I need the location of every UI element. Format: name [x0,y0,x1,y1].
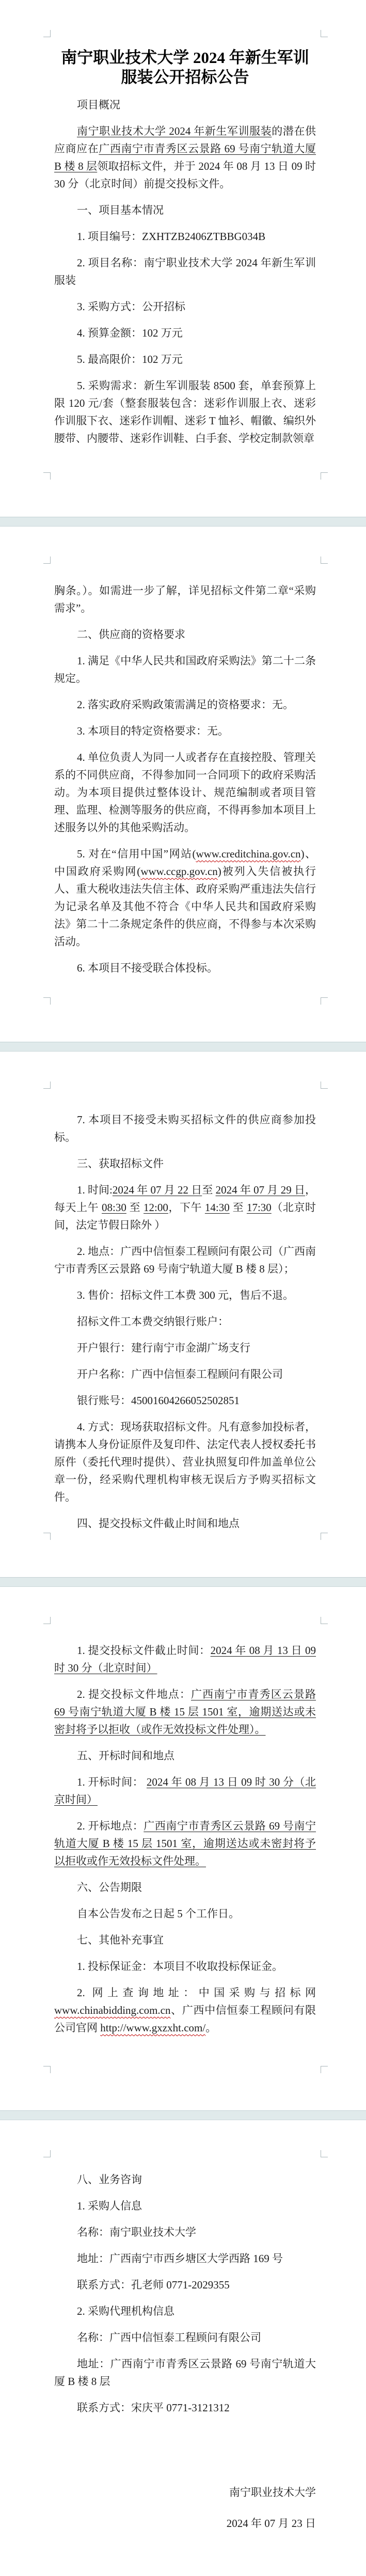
agency-address: 地址：广西南宁市青秀区云景路 69 号南宁轨道大厦 B 楼 8 层 [54,2355,316,2390]
margin-mark-tr [321,30,328,37]
purchaser-contact: 联系方式：孔老师 0771-2029355 [54,2276,316,2294]
margin-mark-tr [321,1082,328,1089]
account-name: 开户名称：广西中信恒泰工程顾问有限公司 [54,1365,316,1383]
bid-bond: 1. 投标保证金：本项目不收取投标保证金。 [54,1958,316,1975]
section-heading: 七、其他补充事宜 [54,1931,316,1949]
text-segment: 2. 落实政府采购政策需满足的资格要求：无。 [77,698,294,711]
text-segment: 5. 采购需求：新生军训服装 8500 套，单套预算上限 120 元/套（整套服… [54,379,316,444]
text-segment: 项目概况 [77,99,120,111]
text-segment: 银行账号：45001604266052502851 [77,1394,240,1407]
qualification-item: 3. 本项目的特定资格要求：无。 [54,722,316,740]
text-segment: 南宁职业技术大学 [229,2486,316,2499]
margin-mark-br [321,472,328,480]
text-segment: 1. 时间: [77,1184,113,1196]
page-5: 八、业务咨询1. 采购人信息名称：南宁职业技术大学地址：广西南宁市西乡塘区大学西… [0,2120,366,2576]
bid-deadline: 1. 提交投标文件截止时间：2024 年 08 月 13 日 09 时 30 分… [54,1642,316,1677]
page-content: 南宁职业技术大学 2024 年新生军训 服装公开招标公告项目概况南宁职业技术大学… [54,0,316,447]
text-segment: 2. 提交投标文件地点： [77,1688,191,1700]
text-segment: 2. 采购代理机构信息 [77,2305,174,2317]
text-segment: )被列入失信被执行人、重大税收违法失信主体、政府采购严重违法失信行为记录名单及其… [54,865,316,948]
margin-mark-bl [43,472,51,480]
bank-account-label: 招标文件工本费交纳银行账户： [54,1313,316,1330]
underlined-text: 2024 年 07 月 22 日 [113,1184,202,1196]
text-segment: 八、业务咨询 [77,2173,142,2186]
page-1: 南宁职业技术大学 2024 年新生军训 服装公开招标公告项目概况南宁职业技术大学… [0,0,366,517]
text-segment: 至 [230,1201,247,1214]
page-content: 八、业务咨询1. 采购人信息名称：南宁职业技术大学地址：广西南宁市西乡塘区大学西… [54,2120,316,2532]
section-heading: 二、供应商的资格要求 [54,626,316,643]
page-separator [0,1042,366,1052]
agency-name: 名称：广西中信恒泰工程顾问有限公司 [54,2329,316,2346]
text-segment: 联系方式：宋庆平 0771-3121312 [77,2402,230,2414]
page-3: 7. 本项目不接受未购买招标文件的供应商参加投标。三、获取招标文件1. 时间:2… [0,1052,366,1577]
margin-mark-tl [43,30,51,37]
document-pages: 南宁职业技术大学 2024 年新生军训 服装公开招标公告项目概况南宁职业技术大学… [0,0,366,2576]
text-segment: 3. 本项目的特定资格要求：无。 [77,725,229,737]
url-text: http://www.gxzxht.com/ [100,2022,205,2034]
page-separator [0,517,366,527]
text-segment: 六、公告期限 [77,1881,142,1894]
text-segment: 4. 预算金额：102 万元 [77,327,183,339]
qualification-item: 1. 满足《中华人民共和国政府采购法》第二十二条规定。 [54,652,316,687]
page-separator [0,2110,366,2120]
text-segment: 6. 本项目不接受联合体投标。 [77,962,218,974]
page-2: 胸条。）。如需进一步了解，详见招标文件第二章“采购需求”。二、供应商的资格要求1… [0,527,366,1042]
text-segment: 地址：广西南宁市西乡塘区大学西路 169 号 [77,2252,283,2265]
document-obtain-time: 1. 时间:2024 年 07 月 22 日至 2024 年 07 月 29 日… [54,1181,316,1234]
overview-paragraph: 南宁职业技术大学 2024 年新生军训服装的潜在供应商应在广西南宁市青秀区云景路… [54,122,316,193]
document-obtain-place: 2. 地点：广西中信恒泰工程顾问有限公司（广西南宁市青秀区云景路 69 号南宁轨… [54,1243,316,1278]
online-query-address: 2. 网上查询地址：中国采购与招标网 www.chinabidding.com.… [54,1984,316,2037]
qualification-item: 7. 本项目不接受未购买招标文件的供应商参加投标。 [54,1111,316,1146]
document-obtain-method: 4. 方式：现场获取招标文件。凡有意参加投标者，请携本人身份证原件及复印件、法定… [54,1418,316,1506]
margin-mark-br [321,2066,328,2073]
section-heading: 六、公告期限 [54,1879,316,1896]
underlined-text: 17:30 [247,1201,272,1214]
section-heading: 四、提交投标文件截止时间和地点 [54,1515,316,1532]
text-segment: 7. 本项目不接受未购买招标文件的供应商参加投标。 [54,1114,316,1143]
text-segment: 四、提交投标文件截止时间和地点 [77,1517,240,1530]
page-content: 1. 提交投标文件截止时间：2024 年 08 月 13 日 09 时 30 分… [54,1587,316,2037]
text-segment: 五、开标时间和地点 [77,1750,174,1762]
margin-mark-tr [321,556,328,564]
margin-mark-tl [43,1082,51,1089]
signature: 南宁职业技术大学 [54,2484,316,2501]
underlined-text: 南宁职业技术大学 2024 年新生军训服装 [77,125,272,137]
url-text: www.creditchina.gov.cn [196,848,300,860]
text-segment: 胸条。）。如需进一步了解，详见招标文件第二章“采购需求”。 [54,584,316,614]
text-segment: 2024 年 07 月 23 日 [227,2517,316,2530]
text-segment: 名称：南宁职业技术大学 [77,2226,196,2238]
account-number: 银行账号：45001604266052502851 [54,1392,316,1409]
page-content: 7. 本项目不接受未购买招标文件的供应商参加投标。三、获取招标文件1. 时间:2… [54,1052,316,1532]
text-segment: 开户名称：广西中信恒泰工程顾问有限公司 [77,1368,283,1380]
url-text: www.chinabidding.com.cn [54,2004,171,2016]
text-segment: 地址：广西南宁市青秀区云景路 69 号南宁轨道大厦 B 楼 8 层 [54,2358,316,2388]
project-number: 1. 项目编号：ZXHTZB2406ZTBBG034B [54,228,316,245]
margin-mark-br [321,997,328,1005]
purchaser-info-label: 1. 采购人信息 [54,2197,316,2215]
agency-contact: 联系方式：宋庆平 0771-3121312 [54,2399,316,2416]
text-segment: 1. 提交投标文件截止时间： [77,1644,211,1657]
agency-info-label: 2. 采购代理机构信息 [54,2302,316,2320]
text-segment: 三、获取招标文件 [77,1157,164,1170]
text-segment: 名称：广西中信恒泰工程顾问有限公司 [77,2331,261,2344]
purchaser-name: 名称：南宁职业技术大学 [54,2223,316,2241]
url-text: www.ccgp.gov.cn [140,865,217,878]
text-segment: 1. 开标时间： [77,1776,147,1788]
text-segment: 1. 采购人信息 [77,2200,142,2212]
purchaser-address: 地址：广西南宁市西乡塘区大学西路 169 号 [54,2250,316,2267]
page-separator [0,1577,366,1587]
text-segment: 1. 满足《中华人民共和国政府采购法》第二十二条规定。 [54,655,316,685]
text-segment: 2. 项目名称：南宁职业技术大学 2024 年新生军训服装 [54,257,316,287]
section-heading: 五、开标时间和地点 [54,1747,316,1764]
margin-mark-bl [43,997,51,1005]
text-segment: 七、其他补充事宜 [77,1934,164,1946]
section-heading: 一、项目基本情况 [54,201,316,219]
bid-opening-place: 2. 开标地点：广西南宁市青秀区云景路 69 号南宁轨道大厦 B 楼 15 层 … [54,1817,316,1870]
underlined-text: 2024 年 07 月 29 日 [216,1184,305,1196]
bank-name: 开户银行：建行南宁市金湖广场支行 [54,1339,316,1357]
text-segment: 自本公告发布之日起 5 个工作日。 [77,1907,240,1920]
text-segment: 2. 地点：广西中信恒泰工程顾问有限公司（广西南宁市青秀区云景路 69 号南宁轨… [54,1245,316,1275]
text-segment: 3. 售价：招标文件工本费 300 元，售后不退。 [77,1289,294,1301]
budget-amount: 4. 预算金额：102 万元 [54,324,316,342]
text-segment: 2. 开标地点： [77,1820,144,1832]
text-segment: 3. 采购方式：公开招标 [77,300,185,313]
project-overview-label: 项目概况 [54,96,316,114]
underlined-text: 12:00 [144,1201,168,1214]
document-price: 3. 售价：招标文件工本费 300 元，售后不退。 [54,1286,316,1304]
text-segment: ，下午 [168,1201,205,1214]
qualification-item: 4. 单位负责人为同一人或者存在直接控股、管理关系的不同供应商，不得参加同一合同… [54,749,316,836]
margin-mark-br [321,1533,328,1540]
qualification-item: 6. 本项目不接受联合体投标。 [54,959,316,977]
section-heading: 八、业务咨询 [54,2171,316,2188]
qualification-item: 2. 落实政府采购政策需满足的资格要求：无。 [54,696,316,713]
margin-mark-tl [43,1617,51,1624]
procurement-demand: 5. 采购需求：新生军训服装 8500 套，单套预算上限 120 元/套（整套服… [54,377,316,447]
bid-submit-place: 2. 提交投标文件地点：广西南宁市青秀区云景路 69 号南宁轨道大厦 B 楼 1… [54,1685,316,1738]
text-segment: 开户银行：建行南宁市金湖广场支行 [77,1342,250,1354]
margin-mark-tl [43,556,51,564]
text-segment: 联系方式：孔老师 0771-2029355 [77,2279,230,2291]
margin-mark-tl [43,2150,51,2157]
text-segment: 1. 项目编号：ZXHTZB2406ZTBBG034B [77,230,265,243]
margin-mark-bl [43,1533,51,1540]
bid-opening-time: 1. 开标时间： 2024 年 08 月 13 日 09 时 30 分（北京时间… [54,1773,316,1808]
underlined-text: 14:30 [205,1201,230,1214]
section-heading: 三、获取招标文件 [54,1155,316,1172]
text-segment: 4. 方式：现场获取招标文件。凡有意参加投标者，请携本人身份证原件及复印件、法定… [54,1421,316,1503]
text-segment: 1. 投标保证金：本项目不收取投标保证金。 [77,1960,283,1973]
document-viewer: 南宁职业技术大学 2024 年新生军训 服装公开招标公告项目概况南宁职业技术大学… [0,0,366,2576]
text-segment: 招标文件工本费交纳银行账户： [77,1315,229,1328]
signature-date: 2024 年 07 月 23 日 [54,2515,316,2532]
text-segment: 一、项目基本情况 [77,204,164,216]
page-content: 胸条。）。如需进一步了解，详见招标文件第二章“采购需求”。二、供应商的资格要求1… [54,527,316,977]
text-segment: 5. 最高限价：102 万元 [77,353,183,365]
margin-mark-tr [321,1617,328,1624]
max-price: 5. 最高限价：102 万元 [54,351,316,368]
text-segment: 5. 对在“信用中国”网站( [77,848,196,860]
underlined-text: 08:30 [102,1201,126,1214]
margin-mark-bl [43,2066,51,2073]
text-segment: 二、供应商的资格要求 [77,628,185,641]
text-segment: 至 [202,1184,215,1196]
text-segment: 2. 网上查询地址：中国采购与招标网 [77,1986,316,1999]
qualification-item: 5. 对在“信用中国”网站(www.creditchina.gov.cn)、中国… [54,845,316,950]
text-segment: 至 [126,1201,144,1214]
margin-mark-tr [321,2150,328,2157]
document-title: 南宁职业技术大学 2024 年新生军训 服装公开招标公告 [54,48,316,87]
text-segment: 4. 单位负责人为同一人或者存在直接控股、管理关系的不同供应商，不得参加同一合同… [54,751,316,834]
page-4: 1. 提交投标文件截止时间：2024 年 08 月 13 日 09 时 30 分… [0,1587,366,2110]
project-name: 2. 项目名称：南宁职业技术大学 2024 年新生军训服装 [54,254,316,289]
procurement-demand-continued: 胸条。）。如需进一步了解，详见招标文件第二章“采购需求”。 [54,582,316,617]
text-segment: 。 [205,2022,216,2034]
procurement-method: 3. 采购方式：公开招标 [54,298,316,315]
announcement-period: 自本公告发布之日起 5 个工作日。 [54,1905,316,1922]
